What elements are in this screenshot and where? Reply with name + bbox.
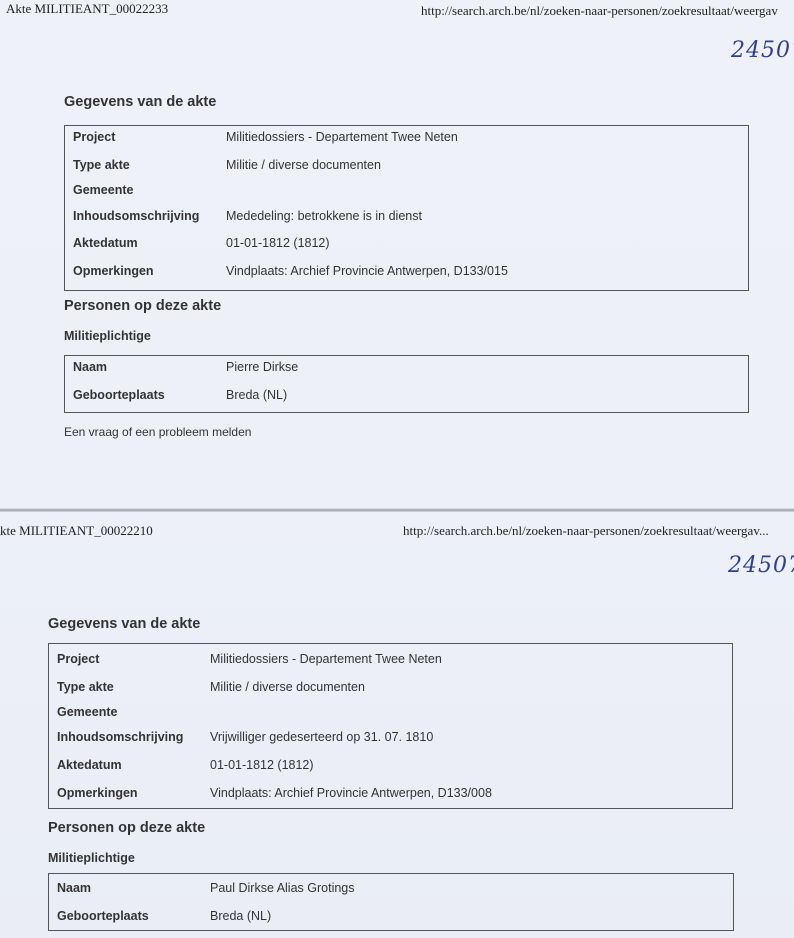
report-problem-link[interactable]: Een vraag of een probleem melden [64,425,251,439]
printed-page-record-1: Akte MILITIEANT_00022233 http://search.a… [0,0,794,510]
details-label: Type akte [57,680,114,694]
details-row-opmerkingen: Opmerkingen Vindplaats: Archief Provinci… [49,786,732,806]
details-value: 01-01-1812 (1812) [226,236,330,250]
details-value: Vindplaats: Archief Provincie Antwerpen,… [226,264,508,278]
person-label: Geboorteplaats [57,909,149,923]
person-table: Naam Paul Dirkse Alias Grotings Geboorte… [48,873,734,931]
details-value: Militiedossiers - Departement Twee Neten [210,652,442,666]
record-title: Akte MILITIEANT_00022233 [6,1,168,17]
details-heading: Gegevens van de akte [48,616,200,632]
details-label: Project [73,130,115,144]
details-row-project: Project Militiedossiers - Departement Tw… [49,652,732,672]
person-row-naam: Naam Paul Dirkse Alias Grotings [49,881,733,901]
details-row-gemeente: Gemeente [65,183,748,203]
details-label: Aktedatum [57,758,122,772]
details-label: Type akte [73,158,130,172]
details-row-inhoudsomschrijving: Inhoudsomschrijving Mededeling: betrokke… [65,209,748,229]
person-label: Geboorteplaats [73,388,165,402]
person-value: Breda (NL) [210,909,271,923]
person-value: Breda (NL) [226,388,287,402]
details-label: Opmerkingen [73,264,154,278]
details-table: Project Militiedossiers - Departement Tw… [48,643,733,809]
details-row-inhoudsomschrijving: Inhoudsomschrijving Vrijwilliger gedeser… [49,730,732,750]
details-value: Militiedossiers - Departement Twee Neten [226,130,458,144]
details-label: Opmerkingen [57,786,138,800]
person-label: Naam [57,881,91,895]
details-label: Aktedatum [73,236,138,250]
details-heading: Gegevens van de akte [64,94,216,110]
handwritten-number: 24507 [731,38,794,63]
details-value: 01-01-1812 (1812) [210,758,314,772]
details-value: Militie / diverse documenten [226,158,381,172]
details-label: Inhoudsomschrijving [73,209,199,223]
persons-heading: Personen op deze akte [64,298,221,314]
person-row-geboorteplaats: Geboorteplaats Breda (NL) [65,388,748,408]
person-table: Naam Pierre Dirkse Geboorteplaats Breda … [64,355,749,413]
details-value: Vrijwilliger gedeserteerd op 31. 07. 181… [210,730,433,744]
details-row-type-akte: Type akte Militie / diverse documenten [49,680,732,700]
record-url: http://search.arch.be/nl/zoeken-naar-per… [403,523,769,539]
details-row-type-akte: Type akte Militie / diverse documenten [65,158,748,178]
details-label: Project [57,652,99,666]
person-role: Militieplichtige [48,851,135,865]
details-row-gemeente: Gemeente [49,705,732,725]
person-row-geboorteplaats: Geboorteplaats Breda (NL) [49,909,733,929]
details-label: Inhoudsomschrijving [57,730,183,744]
person-value: Pierre Dirkse [226,360,298,374]
details-row-aktedatum: Aktedatum 01-01-1812 (1812) [65,236,748,256]
details-row-project: Project Militiedossiers - Departement Tw… [65,130,748,150]
printed-page-record-2: kte MILITIEANT_00022210 http://search.ar… [0,512,794,938]
person-value: Paul Dirkse Alias Grotings [210,881,355,895]
persons-heading: Personen op deze akte [48,820,205,836]
record-title: kte MILITIEANT_00022210 [0,523,153,539]
person-label: Naam [73,360,107,374]
details-value: Mededeling: betrokkene is in dienst [226,209,422,223]
details-row-aktedatum: Aktedatum 01-01-1812 (1812) [49,758,732,778]
details-value: Vindplaats: Archief Provincie Antwerpen,… [210,786,492,800]
details-table: Project Militiedossiers - Departement Tw… [64,125,749,291]
person-role: Militieplichtige [64,329,151,343]
details-label: Gemeente [73,183,133,197]
details-value: Militie / diverse documenten [210,680,365,694]
details-row-opmerkingen: Opmerkingen Vindplaats: Archief Provinci… [65,264,748,284]
details-label: Gemeente [57,705,117,719]
handwritten-number: 24507 [728,553,794,578]
person-row-naam: Naam Pierre Dirkse [65,360,748,380]
record-url: http://search.arch.be/nl/zoeken-naar-per… [421,3,778,19]
